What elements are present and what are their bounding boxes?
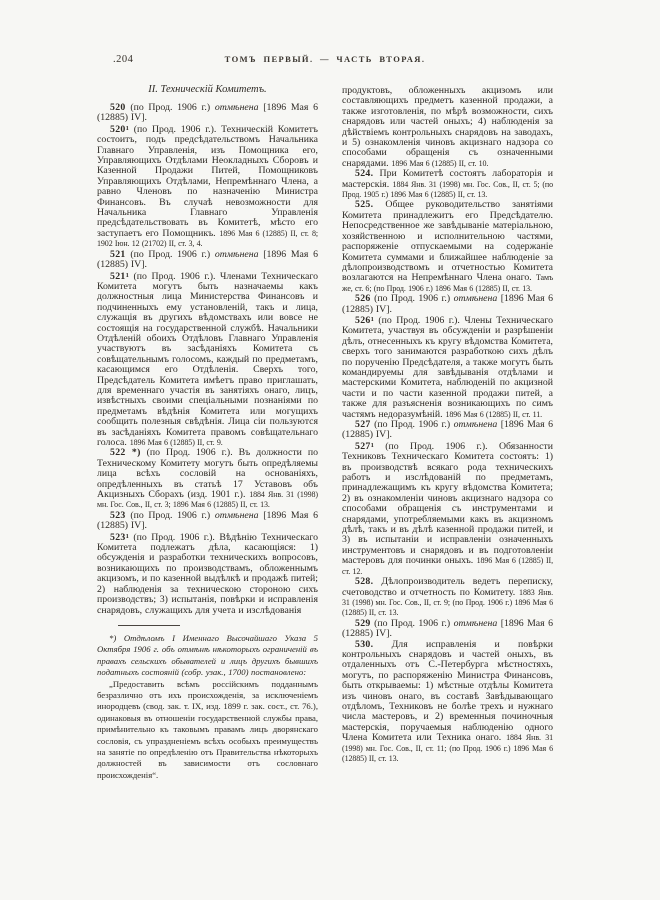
repealed-marker: отмѣнена — [454, 293, 498, 304]
article-520: 520 (по Прод. 1906 г.) отмѣнена [1896 Ма… — [97, 103, 318, 124]
article-526: 526 (по Прод. 1906 г.) отмѣнена [1896 Ма… — [342, 294, 553, 315]
body-text: (по Прод. 1906 г.) — [126, 510, 215, 521]
article-523-1-continuation: продуктовъ, обложенныхъ акцизомъ или сос… — [342, 86, 553, 169]
article-number: 523 — [110, 532, 126, 543]
article-number: 527 — [355, 419, 371, 430]
left-column: II. Техническій Комитетъ. 520 (по Прод. … — [97, 84, 318, 781]
page-number: .204 — [113, 54, 133, 65]
article-520-1: 5201 (по Прод. 1906 г.). Техническій Ком… — [97, 124, 318, 250]
body-text: *) Отдѣломъ I Именнаго Высочайшаго Указа… — [97, 633, 318, 677]
body-text: (по Прод. 1906 г.). Члены Техническаго К… — [342, 315, 553, 420]
article-number: 522 *) — [110, 447, 141, 458]
article-527-1: 5271 (по Прод. 1906 г.). Обязанности Тех… — [342, 441, 553, 577]
section-heading: II. Техническій Комитетъ. — [97, 84, 318, 96]
article-number: 523 — [110, 510, 126, 521]
repealed-marker: отмѣнена — [215, 102, 259, 113]
body-text: (по Прод. 1906 г.) — [371, 618, 454, 629]
footnote-quote: „Предоставить всѣмъ россійскимъ подданны… — [97, 679, 318, 782]
repealed-marker: отмѣнена — [215, 249, 259, 260]
scanned-book-page: .204 ТОМЪ ПЕРВЫЙ. — ЧАСТЬ ВТОРАЯ. II. Те… — [0, 0, 660, 900]
article-number: 526 — [355, 315, 371, 326]
page-header: .204 ТОМЪ ПЕРВЫЙ. — ЧАСТЬ ВТОРАЯ. — [97, 54, 553, 68]
article-523: 523 (по Прод. 1906 г.) отмѣнена [1896 Ма… — [97, 511, 318, 532]
body-text: продуктовъ, обложенныхъ акцизомъ или сос… — [342, 85, 553, 169]
repealed-marker: отмѣнена — [215, 510, 259, 521]
right-column: продуктовъ, обложенныхъ акцизомъ или сос… — [342, 86, 553, 764]
article-number: 524. — [355, 168, 373, 179]
article-525: 525. Общее руководительство занятіями Ко… — [342, 200, 553, 294]
article-number: 530. — [355, 639, 373, 650]
article-526-1: 5261 (по Прод. 1906 г.). Члены Техническ… — [342, 315, 553, 420]
repealed-marker: отмѣнена — [454, 419, 498, 430]
footnote-paragraph-list: *) Отдѣломъ I Именнаго Высочайшаго Указа… — [97, 633, 318, 781]
article-528: 528. Дѣлопроизводитель ведетъ переписку,… — [342, 577, 553, 619]
footnote: *) Отдѣломъ I Именнаго Высочайшаго Указа… — [97, 625, 318, 781]
running-title: ТОМЪ ПЕРВЫЙ. — ЧАСТЬ ВТОРАЯ. — [97, 54, 553, 64]
article-522: 522 *) (по Прод. 1906 г.). Въ должности … — [97, 448, 318, 510]
footnote-rule — [118, 625, 180, 626]
body-text: (по Прод. 1906 г.). Техническій Комитетъ… — [97, 124, 318, 239]
body-text: (по Прод. 1906 г.). Обязанности Техников… — [342, 441, 553, 566]
body-text: (по Прод. 1906 г.). Вѣдѣнію Техническаго… — [97, 532, 318, 616]
statute-citation: 1896 Мая 6 (12885) II, ст. 9. — [130, 438, 223, 447]
article-number: 521 — [110, 271, 126, 282]
repealed-marker: отмѣнена — [454, 618, 498, 629]
body-text: (по Прод. 1906 г.) — [126, 249, 215, 260]
article-524: 524. При Комитетѣ состоятъ лабораторія и… — [342, 169, 553, 200]
article-number: 520 — [110, 124, 126, 135]
body-text: Общее руководительство занятіями Комитет… — [342, 199, 553, 283]
body-text: (по Прод. 1906 г.) — [371, 419, 454, 430]
article-number: 528. — [355, 576, 373, 587]
article-521-1: 5211 (по Прод. 1906 г.). Членами Техниче… — [97, 271, 318, 449]
body-text: (по Прод. 1906 г.) — [371, 293, 454, 304]
article-530: 530. Для исправленія и повѣрки контрольн… — [342, 640, 553, 765]
article-number: 527 — [355, 441, 371, 452]
left-paragraph-list: 520 (по Прод. 1906 г.) отмѣнена [1896 Ма… — [97, 103, 318, 616]
statute-citation: 1896 Мая 6 (12885) II, ст. 10. — [391, 159, 488, 168]
article-521: 521 (по Прод. 1906 г.) отмѣнена [1896 Ма… — [97, 250, 318, 271]
right-paragraph-list: продуктовъ, обложенныхъ акцизомъ или сос… — [342, 86, 553, 764]
article-527: 527 (по Прод. 1906 г.) отмѣнена [1896 Ма… — [342, 420, 553, 441]
footnote-source: *) Отдѣломъ I Именнаго Высочайшаго Указа… — [97, 633, 318, 679]
body-text: (по Прод. 1906 г.). Членами Техническаго… — [97, 271, 318, 449]
body-text: „Предоставить всѣмъ россійскимъ подданны… — [97, 679, 318, 780]
body-text: (по Прод. 1906 г.) — [126, 102, 215, 113]
article-523-1: 5231 (по Прод. 1906 г.). Вѣдѣнію Техниче… — [97, 532, 318, 616]
article-number: 529 — [355, 618, 371, 629]
article-number: 525. — [355, 199, 373, 210]
article-529: 529 (по Прод. 1906 г.) отмѣнена [1896 Ма… — [342, 619, 553, 640]
statute-citation: 1896 Мая 6 (12885) II, ст. 11. — [445, 410, 542, 419]
article-number: 520 — [110, 102, 126, 113]
article-number: 526 — [355, 293, 371, 304]
body-text: Для исправленія и повѣрки контрольныхъ с… — [342, 639, 553, 744]
article-number: 521 — [110, 249, 126, 260]
